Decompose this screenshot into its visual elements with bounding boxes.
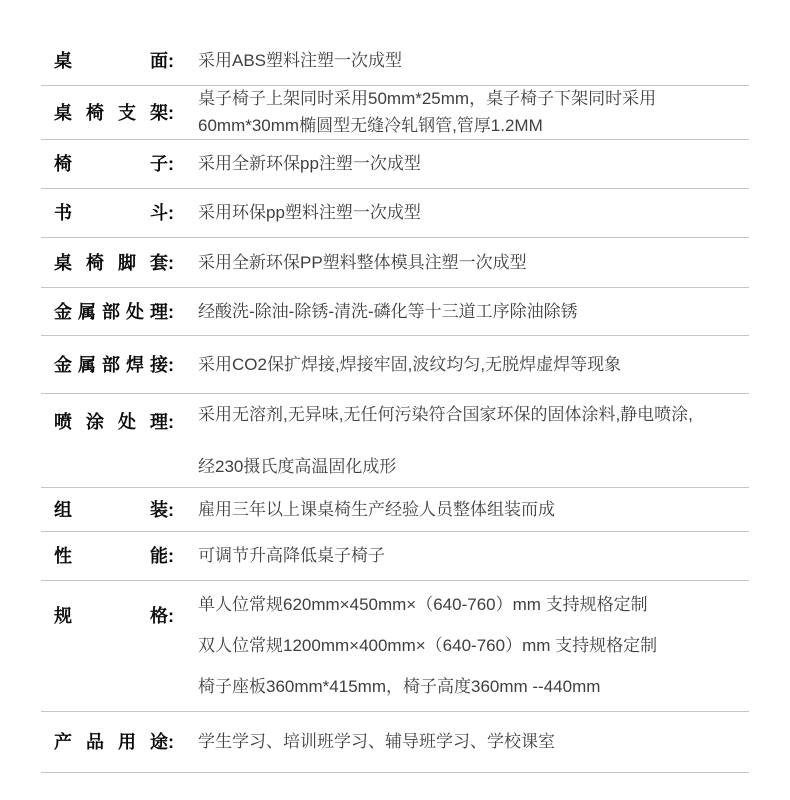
label-colon: :	[168, 151, 174, 177]
spec-label: 桌面:	[54, 48, 174, 74]
spec-label-text: 书斗	[54, 200, 168, 226]
spec-value-line: 采用ABS塑料注塑一次成型	[198, 48, 749, 74]
spec-row-dimensions: 规格: 单人位常规620mm×450mm×（640-760）mm 支持规格定制 …	[41, 581, 749, 712]
spec-value-line: 采用环保pp塑料注塑一次成型	[198, 200, 749, 226]
spec-label: 桌椅支架:	[54, 100, 174, 126]
spec-row-assembly: 组装: 雇用三年以上课桌椅生产经验人员整体组装而成	[41, 488, 749, 532]
spec-label: 书斗:	[54, 200, 174, 226]
spec-value-line: 可调节升高降低桌子椅子	[198, 543, 749, 569]
spec-value-line: 双人位常规1200mm×400mm×（640-760）mm 支持规格定制	[198, 633, 749, 659]
spec-value-line: 经230摄氏度高温固化成形	[198, 454, 749, 480]
label-colon: :	[168, 409, 174, 435]
spec-label: 喷涂处理:	[54, 409, 174, 435]
spec-value-line: 雇用三年以上课桌椅生产经验人员整体组装而成	[198, 497, 749, 523]
spec-label-text: 桌面	[54, 48, 168, 74]
spec-label: 产品用途:	[54, 729, 174, 755]
spec-value: 采用全新环保PP塑料整体模具注塑一次成型	[198, 250, 749, 276]
spec-label: 规格:	[54, 603, 174, 629]
spec-row-book-tray: 书斗: 采用环保pp塑料注塑一次成型	[41, 189, 749, 238]
spec-label: 性能:	[54, 543, 174, 569]
spec-label: 组装:	[54, 497, 174, 523]
spec-value: 采用CO2保扩焊接,焊接牢固,波纹均匀,无脱焊虚焊等现象	[198, 352, 749, 378]
spec-row-performance: 性能: 可调节升高降低桌子椅子	[41, 532, 749, 581]
spec-value-line: 椅子座板360mm*415mm，椅子高度360mm --440mm	[198, 674, 749, 700]
label-colon: :	[168, 729, 174, 755]
label-colon: :	[168, 100, 174, 126]
spec-row-usage: 产品用途: 学生学习、培训班学习、辅导班学习、学校课室	[41, 712, 749, 773]
spec-label: 桌椅脚套:	[54, 250, 174, 276]
label-colon: :	[168, 352, 174, 378]
spec-label: 金属部焊接:	[54, 352, 174, 378]
spec-value-line: 桌子椅子上架同时采用50mm*25mm，桌子椅子下架同时采用	[198, 86, 749, 112]
spec-value-line: 采用CO2保扩焊接,焊接牢固,波纹均匀,无脱焊虚焊等现象	[198, 352, 749, 378]
spec-label-text: 椅子	[54, 151, 168, 177]
spec-row-frame: 桌椅支架: 桌子椅子上架同时采用50mm*25mm，桌子椅子下架同时采用 60m…	[41, 86, 749, 140]
spec-label: 金属部处理:	[54, 299, 174, 325]
spec-value-line: 采用无溶剂,无异味,无任何污染符合国家环保的固体涂料,静电喷涂,	[198, 402, 749, 428]
label-colon: :	[168, 299, 174, 325]
spec-value: 单人位常规620mm×450mm×（640-760）mm 支持规格定制 双人位常…	[198, 592, 749, 700]
label-colon: :	[168, 250, 174, 276]
spec-label-text: 喷涂处理	[54, 409, 168, 435]
spec-value: 经酸洗-除油-除锈-清洗-磷化等十三道工序除油除锈	[198, 299, 749, 325]
spec-value: 采用全新环保pp注塑一次成型	[198, 151, 749, 177]
spec-value: 采用ABS塑料注塑一次成型	[198, 48, 749, 74]
label-colon: :	[168, 48, 174, 74]
spec-row-metal-treatment: 金属部处理: 经酸洗-除油-除锈-清洗-磷化等十三道工序除油除锈	[41, 288, 749, 336]
spec-value: 采用无溶剂,无异味,无任何污染符合国家环保的固体涂料,静电喷涂, 经230摄氏度…	[198, 402, 749, 480]
spec-label-text: 金属部处理	[54, 299, 168, 325]
spec-value-line: 经酸洗-除油-除锈-清洗-磷化等十三道工序除油除锈	[198, 299, 749, 325]
spec-label: 椅子:	[54, 151, 174, 177]
spec-value-line: 单人位常规620mm×450mm×（640-760）mm 支持规格定制	[198, 592, 749, 618]
spec-value-line: 60mm*30mm椭圆型无缝冷轧钢管,管厚1.2MM	[198, 113, 749, 139]
spec-value: 学生学习、培训班学习、辅导班学习、学校课室	[198, 729, 749, 755]
spec-row-desktop: 桌面: 采用ABS塑料注塑一次成型	[41, 36, 749, 86]
spec-label-text: 性能	[54, 543, 168, 569]
spec-value-line: 学生学习、培训班学习、辅导班学习、学校课室	[198, 729, 749, 755]
spec-value: 雇用三年以上课桌椅生产经验人员整体组装而成	[198, 497, 749, 523]
spec-row-foot-caps: 桌椅脚套: 采用全新环保PP塑料整体模具注塑一次成型	[41, 238, 749, 288]
spec-label-text: 规格	[54, 603, 168, 629]
spec-label-text: 桌椅支架	[54, 100, 168, 126]
spec-label-text: 桌椅脚套	[54, 250, 168, 276]
spec-row-chair: 椅子: 采用全新环保pp注塑一次成型	[41, 140, 749, 189]
spec-value: 采用环保pp塑料注塑一次成型	[198, 200, 749, 226]
label-colon: :	[168, 200, 174, 226]
spec-value-line: 采用全新环保pp注塑一次成型	[198, 151, 749, 177]
spec-value-line: 采用全新环保PP塑料整体模具注塑一次成型	[198, 250, 749, 276]
label-colon: :	[168, 497, 174, 523]
spec-row-spray-coating: 喷涂处理: 采用无溶剂,无异味,无任何污染符合国家环保的固体涂料,静电喷涂, 经…	[41, 394, 749, 488]
product-spec-sheet: 桌面: 采用ABS塑料注塑一次成型 桌椅支架: 桌子椅子上架同时采用50mm*2…	[0, 0, 790, 800]
spec-label-text: 金属部焊接	[54, 352, 168, 378]
spec-label-text: 组装	[54, 497, 168, 523]
spec-value: 桌子椅子上架同时采用50mm*25mm，桌子椅子下架同时采用 60mm*30mm…	[198, 86, 749, 139]
spec-label-text: 产品用途	[54, 729, 168, 755]
label-colon: :	[168, 603, 174, 629]
spec-row-metal-welding: 金属部焊接: 采用CO2保扩焊接,焊接牢固,波纹均匀,无脱焊虚焊等现象	[41, 336, 749, 394]
spec-value: 可调节升高降低桌子椅子	[198, 543, 749, 569]
label-colon: :	[168, 543, 174, 569]
